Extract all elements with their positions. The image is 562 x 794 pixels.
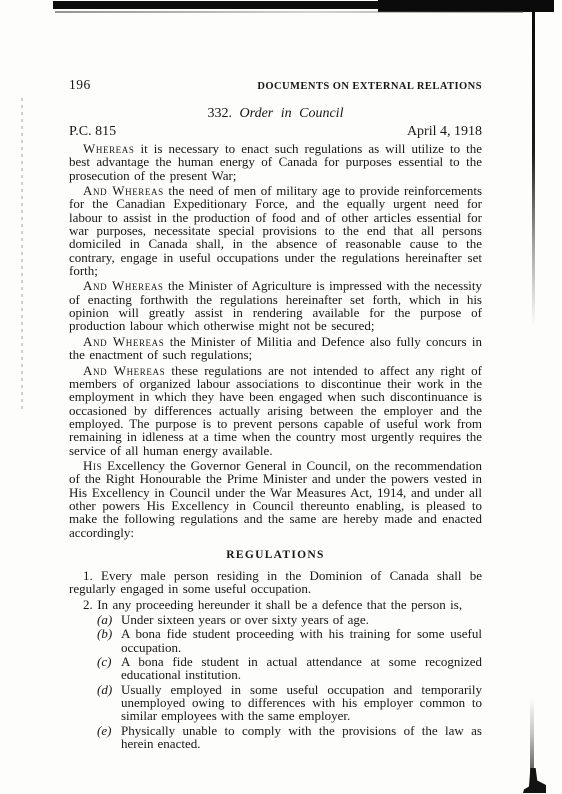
defence-item: (e) Physically unable to comply with the… bbox=[97, 724, 482, 751]
page-number: 196 bbox=[69, 77, 91, 93]
preamble-paragraph: His Excellency the Governor General in C… bbox=[69, 459, 482, 539]
regulation-item: 2. In any proceeding hereunder it shall … bbox=[69, 598, 482, 611]
defence-item: (c) A bona fide student in actual attend… bbox=[97, 655, 482, 682]
preamble-paragraph: And Whereas the Minister of Agriculture … bbox=[69, 279, 482, 332]
reference-row: P.C. 815 April 4, 1918 bbox=[69, 124, 482, 140]
preamble-paragraph: And Whereas the Minister of Militia and … bbox=[69, 335, 482, 362]
defence-letter: (a) bbox=[97, 613, 121, 626]
pc-number: P.C. 815 bbox=[69, 124, 116, 140]
scan-artifact-top-shadow bbox=[55, 11, 523, 13]
preamble-paragraph: And Whereas the need of men of military … bbox=[69, 184, 482, 277]
scan-artifact-bottom-right-smudge bbox=[523, 768, 546, 793]
scan-artifact-right-edge-line bbox=[532, 11, 535, 326]
defence-letter: (b) bbox=[97, 627, 121, 654]
defence-item: (a) Under sixteen years or over sixty ye… bbox=[97, 613, 482, 626]
preamble-paragraph: Whereas it is necessary to enact such re… bbox=[69, 142, 482, 182]
document-title-text: Order in Council bbox=[240, 106, 344, 121]
regulation-item: 1. Every male person residing in the Dom… bbox=[69, 569, 482, 596]
defence-text: A bona fide student in actual attendance… bbox=[121, 655, 482, 682]
paragraph-text: these regulations are not intended to af… bbox=[69, 363, 482, 458]
document-number: 332. bbox=[208, 106, 233, 121]
defence-list: (a) Under sixteen years or over sixty ye… bbox=[97, 613, 482, 750]
page-text-block: 196 DOCUMENTS ON EXTERNAL RELATIONS 332.… bbox=[69, 77, 482, 750]
scan-artifact-left-gutter-line bbox=[21, 98, 23, 410]
scan-artifact-bottom-right-streak bbox=[530, 698, 534, 778]
paragraph-text: Excellency the Governor General in Counc… bbox=[69, 458, 482, 540]
item-text: Every male person residing in the Domini… bbox=[69, 568, 482, 596]
defence-letter: (e) bbox=[97, 724, 121, 751]
defence-letter: (d) bbox=[97, 683, 121, 723]
defence-letter: (c) bbox=[97, 655, 121, 682]
defence-text: A bona fide student proceeding with his … bbox=[121, 627, 482, 654]
defence-text: Under sixteen years or over sixty years … bbox=[121, 613, 482, 626]
defence-text: Usually employed in some useful occupati… bbox=[121, 683, 482, 723]
running-head-title: DOCUMENTS ON EXTERNAL RELATIONS bbox=[257, 81, 482, 92]
defence-item: (d) Usually employed in some useful occu… bbox=[97, 683, 482, 723]
defence-text: Physically unable to comply with the pro… bbox=[121, 724, 482, 751]
defence-item: (b) A bona fide student proceeding with … bbox=[97, 627, 482, 654]
document-date: April 4, 1918 bbox=[407, 124, 482, 140]
running-header: 196 DOCUMENTS ON EXTERNAL RELATIONS bbox=[69, 77, 482, 93]
document-title: 332. Order in Council bbox=[69, 106, 482, 122]
preamble-paragraph: And Whereas these regulations are not in… bbox=[69, 364, 482, 457]
paragraph-text: the need of men of military age to provi… bbox=[69, 183, 482, 278]
regulations-heading: REGULATIONS bbox=[69, 549, 482, 561]
item-number: 2. bbox=[83, 597, 93, 612]
item-text: In any proceeding hereunder it shall be … bbox=[97, 597, 462, 612]
